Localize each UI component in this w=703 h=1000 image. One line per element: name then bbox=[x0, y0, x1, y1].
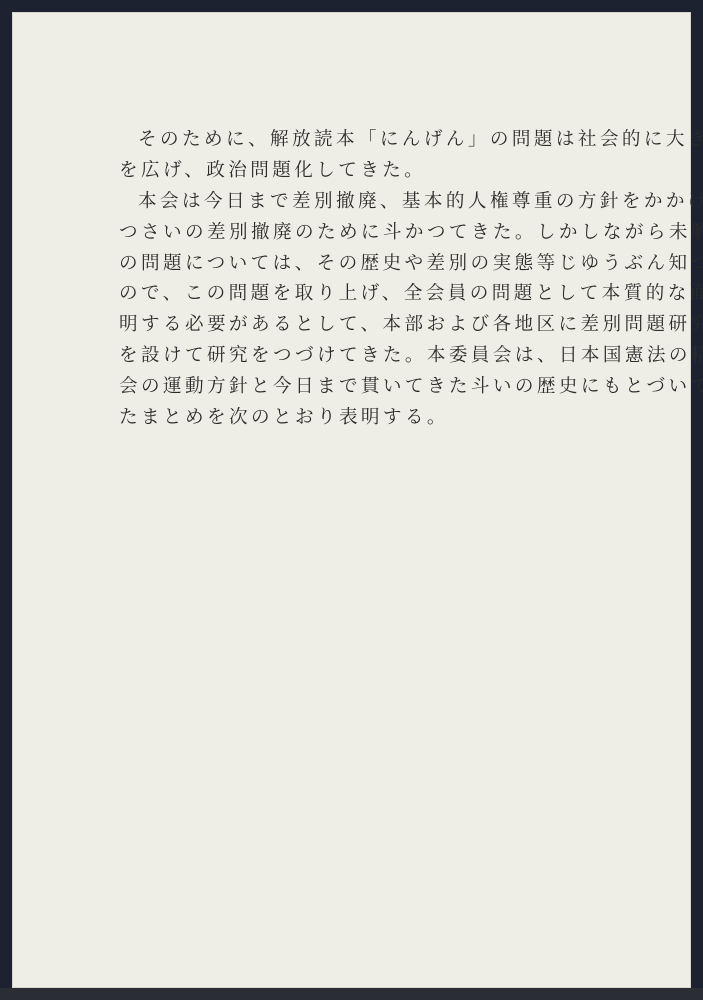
text-line: 本会は今日まで差別撤廃、基本的人権尊重の方針をかかげて、い bbox=[138, 193, 703, 212]
text-line: ので、この問題を取り上げ、全会員の問題として本質的な面から究 bbox=[119, 285, 703, 304]
text-line: 明する必要があるとして、本部および各地区に差別問題研究委員会 bbox=[119, 316, 703, 335]
text-line: を広げ、政治問題化してきた。 bbox=[119, 162, 426, 181]
scan-border bbox=[0, 988, 703, 1000]
text-line: 会の運動方針と今日まで貫いてきた斗いの歴史にもとづいて研究し bbox=[119, 378, 703, 397]
text-line: つさいの差別撤廃のために斗かつてきた。しかしながら未解放部落 bbox=[119, 224, 703, 243]
text-line: そのために、解放読本「にんげん」の問題は社会的に大きな波紋 bbox=[138, 131, 703, 150]
text-line: たまとめを次のとおり表明する。 bbox=[119, 409, 449, 428]
text-line: の問題については、その歴史や差別の実態等じゆうぶん知つてない bbox=[119, 255, 703, 274]
text-line: を設けて研究をつづけてきた。本委員会は、日本国憲法の精神と本 bbox=[119, 347, 703, 366]
document-page bbox=[12, 12, 691, 988]
